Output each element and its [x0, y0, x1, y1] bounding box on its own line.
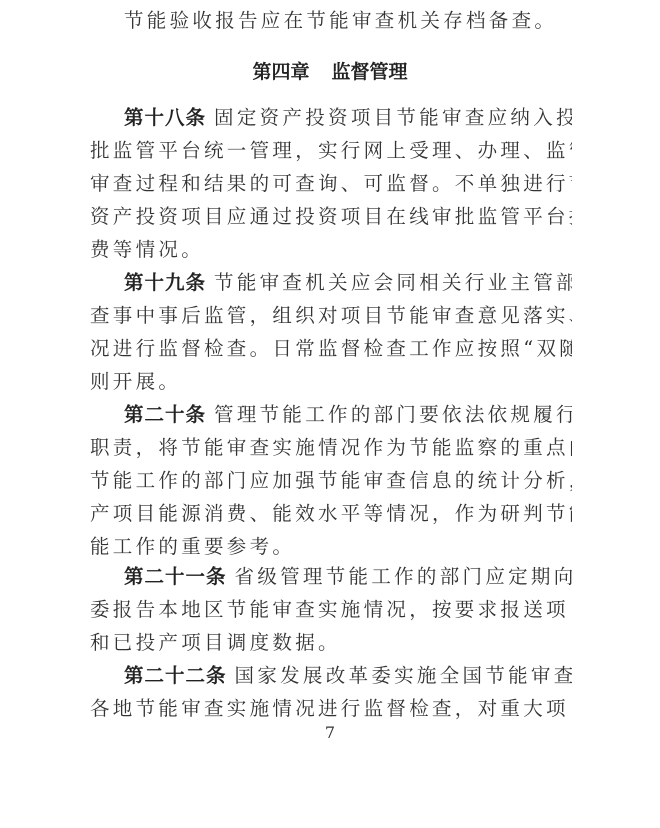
- lead-line: 节能验收报告应在节能审查机关存档备查。: [90, 4, 572, 37]
- chapter-heading: 第四章监督管理: [0, 56, 660, 88]
- article-label: 第二十条: [124, 403, 206, 426]
- article-text: 各地节能审查实施情况进行监督检查，对重大项目节能审查意见: [90, 692, 572, 725]
- article-text: 节能工作的部门应加强节能审查信息的统计分析，定期调度已投: [90, 464, 572, 497]
- article-text: 和已投产项目调度数据。: [90, 626, 572, 659]
- article-text: 职责，将节能审查实施情况作为节能监察的重点内容。各级管理: [90, 431, 572, 464]
- article-text: 能工作的重要参考。: [90, 530, 572, 563]
- article-text: 节能审查机关应会同相关行业主管部门强化节能审: [214, 271, 572, 294]
- article-text: 审查过程和结果的可查询、可监督。不单独进行节能审查的固定: [90, 167, 572, 200]
- article-text: 批监管平台统一管理，实行网上受理、办理、监管和服务，实现: [90, 134, 572, 167]
- document-page: 节能验收报告应在节能审查机关存档备查。 第四章监督管理 第十八条固定资产投资项目…: [0, 0, 660, 828]
- article-text: 况进行监督检查。日常监督检查工作应按照“双随机一公开”原: [90, 332, 572, 365]
- article-label: 第十九条: [124, 271, 206, 294]
- article-label: 第二十二条: [124, 664, 227, 687]
- article-label: 第二十一条: [124, 565, 227, 588]
- article-text: 查事中事后监管，组织对项目节能审查意见落实、节能验收等情: [90, 299, 572, 332]
- article-label: 第十八条: [124, 106, 206, 129]
- article-text: 则开展。: [90, 365, 572, 398]
- chapter-number: 第四章: [252, 61, 309, 83]
- article-text: 固定资产投资项目节能审查应纳入投资项目在线审: [214, 106, 572, 129]
- page-number: 7: [0, 722, 660, 744]
- article-text: 省级管理节能工作的部门应定期向国家发展改革: [235, 565, 572, 588]
- article-text: 产项目能源消费、能效水平等情况，作为研判节能形势、开展节: [90, 497, 572, 530]
- article-text: 委报告本地区节能审查实施情况，按要求报送项目节能审查信息: [90, 593, 572, 626]
- article-text: 国家发展改革委实施全国节能审查动态监管，对: [235, 664, 572, 687]
- article-text: 管理节能工作的部门要依法依规履行节能监督管理: [214, 403, 572, 426]
- article-text: 费等情况。: [90, 233, 572, 266]
- article-text: 资产投资项目应通过投资项目在线审批监管平台报送项目能源消: [90, 200, 572, 233]
- chapter-title: 监督管理: [332, 61, 408, 83]
